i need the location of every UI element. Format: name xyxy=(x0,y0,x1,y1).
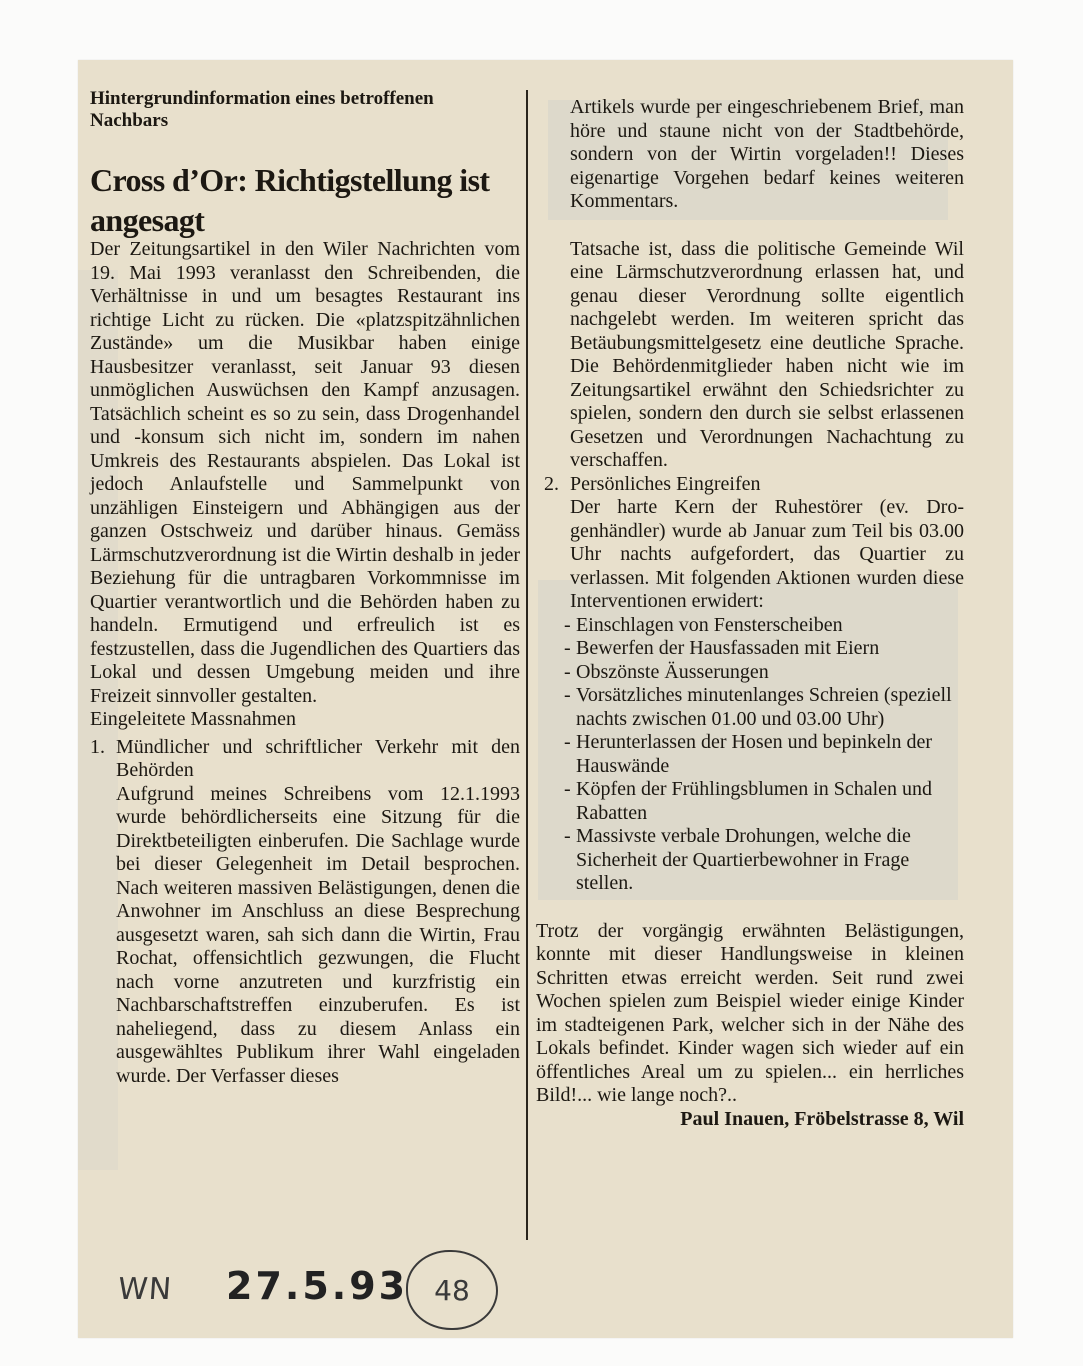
measure-text: Der harte Kern der Ruhestörer (ev. Dro­g… xyxy=(570,496,964,614)
newspaper-clipping: Hintergrundinformation eines betroffe­ne… xyxy=(78,60,1013,1338)
closing-paragraph: Trotz der vorgängig erwähnten Belästigun… xyxy=(536,920,964,1108)
circled-number-text: 48 xyxy=(434,1274,470,1307)
action-item: -Massivste verbale Drohungen, welche die… xyxy=(564,825,964,896)
measure-item-1: 1. Mündlicher und schriftlicher Verkehr … xyxy=(90,736,520,1089)
action-item: -Vorsätzliches minutenlanges Schreien (s… xyxy=(564,684,964,731)
column-divider xyxy=(526,90,528,1240)
measure-body: Mündlicher und schriftlicher Verkehr mit… xyxy=(116,736,520,1089)
author-signature: Paul Inauen, Fröbelstrasse 8, Wil xyxy=(536,1108,964,1132)
item1-second-paragraph: Tatsache ist, dass die politische Gemein… xyxy=(570,238,964,473)
circled-number: 48 xyxy=(406,1250,498,1330)
article-headline: Cross d’Or: Richtigstellung ist angesagt xyxy=(90,160,520,240)
actions-list: -Einschlagen von Fensterscheiben -Bewerf… xyxy=(564,614,964,896)
measure-title: Mündlicher und schriftlicher Verkehr mit… xyxy=(116,736,520,783)
action-item: -Obszönste Äusserungen xyxy=(564,661,964,685)
item1-continued-paragraph: Artikels wurde per eingeschriebenem Brie… xyxy=(570,96,964,214)
measures-heading: Eingeleitete Massnahmen xyxy=(90,708,520,732)
action-item: -Einschlagen von Fensterscheiben xyxy=(564,614,964,638)
measure-text: Aufgrund meines Schreibens vom 12.1.1993… xyxy=(116,783,520,1089)
intro-paragraph: Der Zeitungsartikel in den Wiler Nachric… xyxy=(90,238,520,708)
left-column-body: Der Zeitungsartikel in den Wiler Nachric… xyxy=(90,238,520,1088)
measure-number: 1. xyxy=(90,736,116,1089)
measure-title: Persönliches Eingreifen xyxy=(570,473,964,497)
measure-body: Persönliches Eingreifen Der harte Kern d… xyxy=(570,473,964,896)
right-column-body: Artikels wurde per eingeschriebenem Brie… xyxy=(536,96,964,1131)
handwritten-date: 27.5.93 xyxy=(226,1264,408,1308)
handwritten-source: WN xyxy=(117,1272,174,1307)
action-item: -Herunterlassen der Hosen und bepin­keln… xyxy=(564,731,964,778)
item1-continuation: Artikels wurde per eingeschriebenem Brie… xyxy=(536,96,964,473)
action-item: -Köpfen der Frühlingsblumen in Scha­len … xyxy=(564,778,964,825)
article-kicker: Hintergrundinformation eines betroffe­ne… xyxy=(90,88,500,132)
measure-item-2: 2. Persönliches Eingreifen Der harte Ker… xyxy=(536,473,964,896)
action-item: -Bewerfen der Hausfassaden mit Eiern xyxy=(564,637,964,661)
